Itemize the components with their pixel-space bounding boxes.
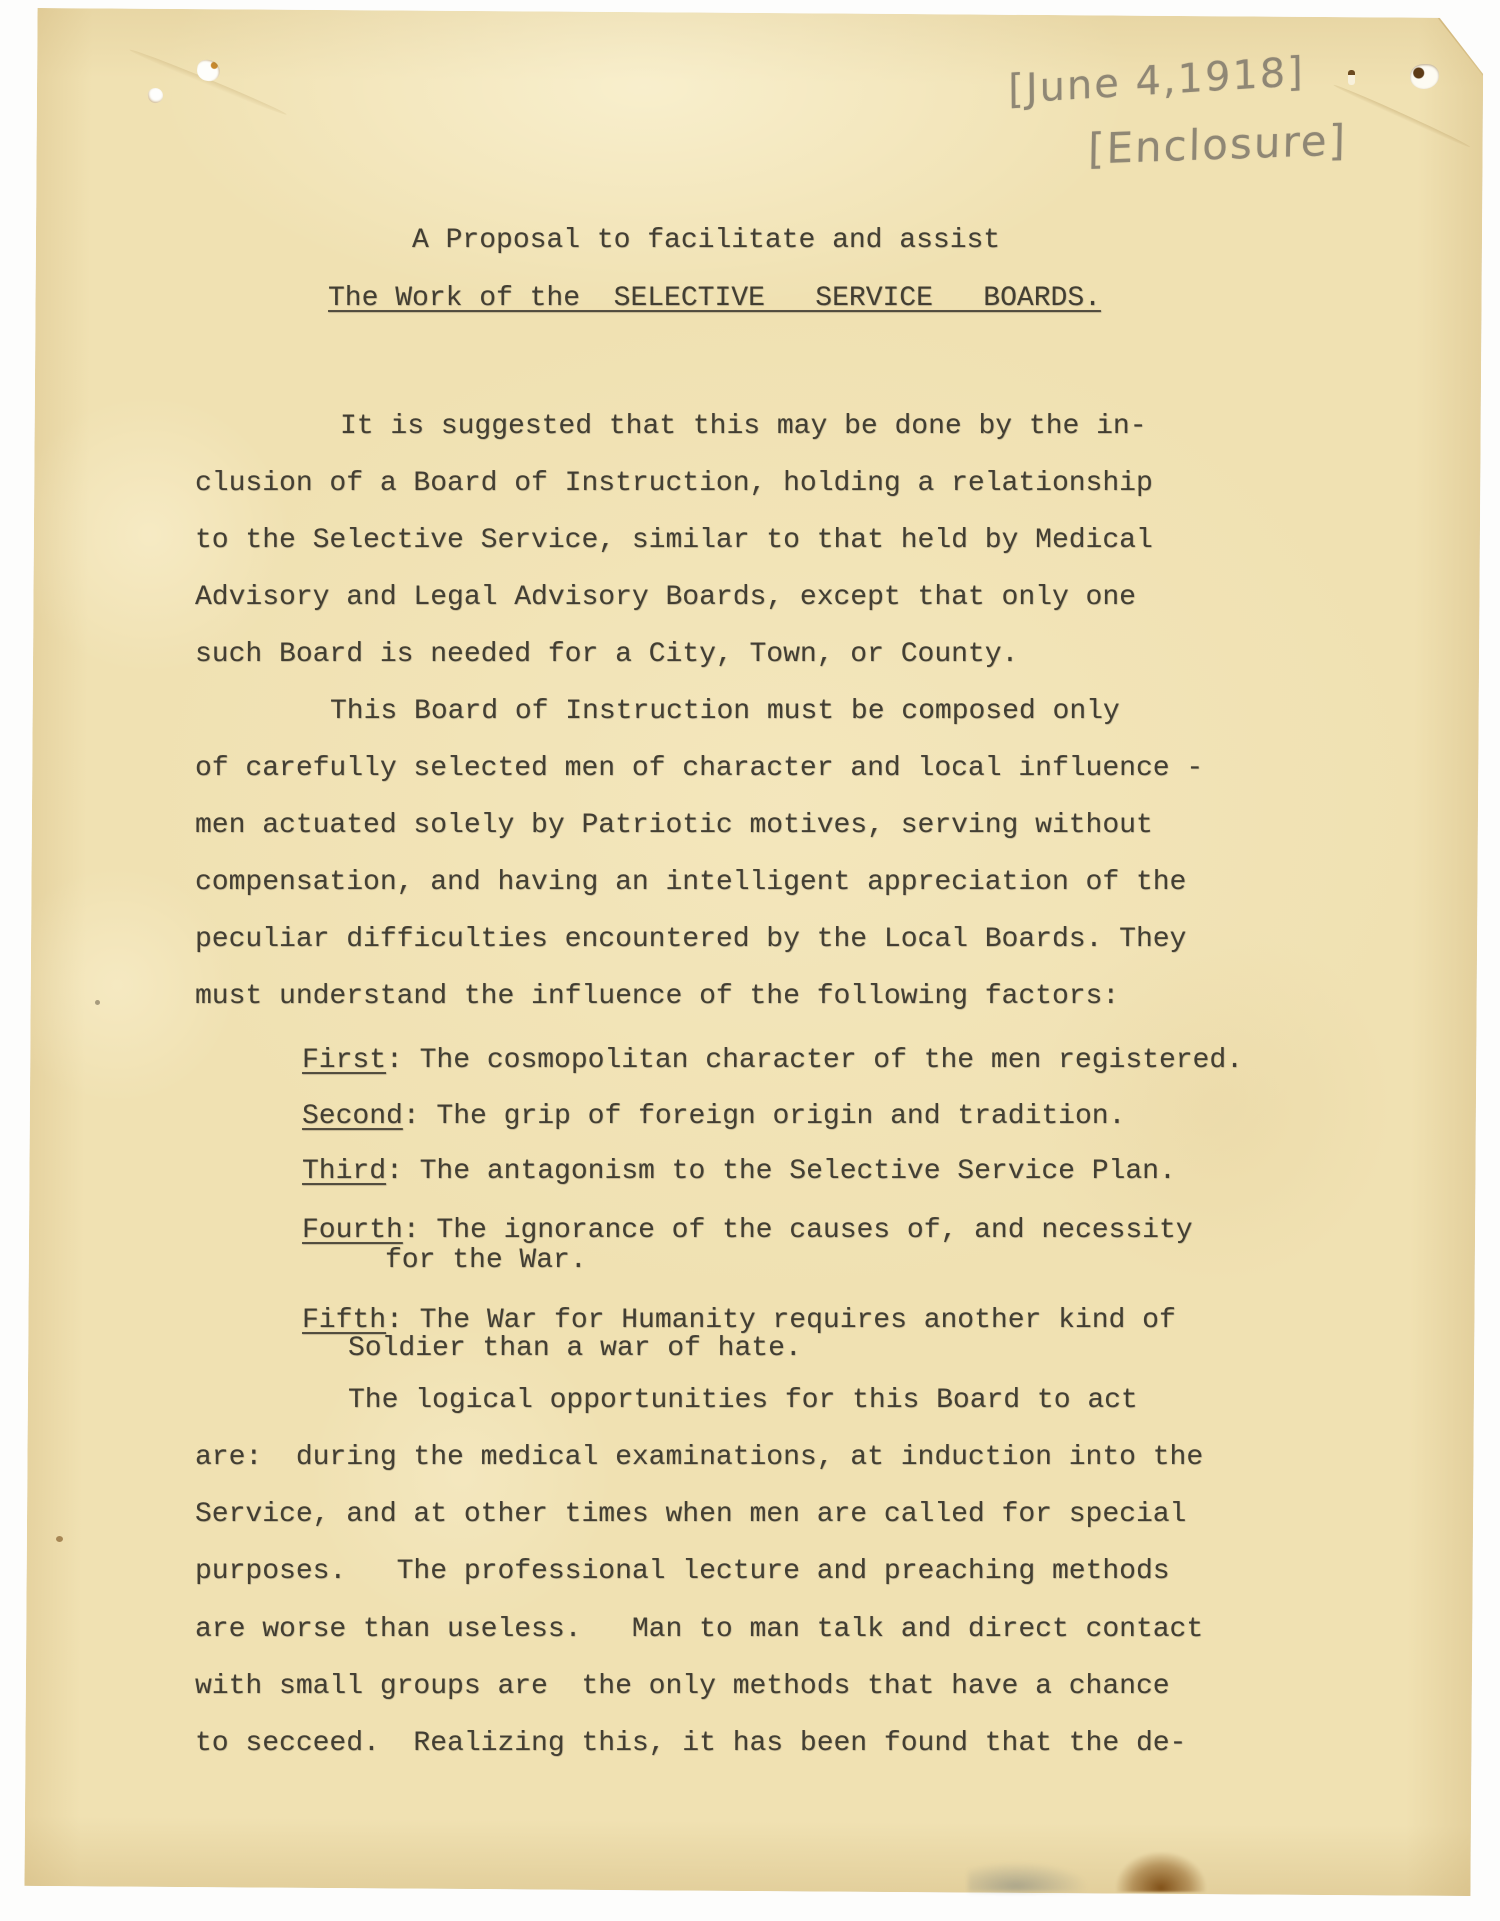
list-item-label: Second — [302, 1101, 403, 1132]
smudge-stain — [968, 1862, 1088, 1892]
list-item-label: Third — [302, 1156, 386, 1187]
folded-corner — [1437, 18, 1483, 76]
paper-crease — [128, 47, 287, 117]
text-line: This Board of Instruction must be compos… — [330, 697, 1120, 728]
paper-speck — [95, 1000, 100, 1005]
paper-crease — [1333, 83, 1472, 150]
list-item-fifth-cont: Soldier than a war of hate. — [348, 1334, 802, 1365]
list-item-text: : The ignorance of the causes of, and ne… — [403, 1215, 1193, 1246]
text-line: men actuated solely by Patriotic motives… — [195, 811, 1153, 842]
ink-stain — [1116, 1852, 1206, 1892]
text-line: It is suggested that this may be done by… — [340, 412, 1147, 443]
paper-speck — [56, 1536, 63, 1542]
list-item-label: Fifth — [302, 1305, 386, 1336]
text-line: with small groups are the only methods t… — [195, 1672, 1170, 1703]
list-item-text: : The grip of foreign origin and traditi… — [403, 1101, 1126, 1132]
text-line: are: during the medical examinations, at… — [195, 1443, 1203, 1474]
document-title-line1: A Proposal to facilitate and assist — [412, 226, 1000, 257]
list-item-first: First: The cosmopolitan character of the… — [302, 1046, 1243, 1077]
text-line: to secceed. Realizing this, it has been … — [195, 1729, 1186, 1760]
text-line: The logical opportunities for this Board… — [348, 1386, 1138, 1417]
scan-background: { "document": { "annotations": { "date":… — [0, 0, 1500, 1921]
text-line: clusion of a Board of Instruction, holdi… — [195, 469, 1153, 500]
pencil-annotation-enclosure: [Enclosure] — [1088, 115, 1348, 173]
list-item-text: : The War for Humanity requires another … — [386, 1305, 1176, 1336]
text-line: purposes. The professional lecture and p… — [195, 1557, 1170, 1588]
list-item-text: : The cosmopolitan character of the men … — [386, 1045, 1243, 1076]
document-title-line2: The Work of the SELECTIVE SERVICE BOARDS… — [328, 284, 1101, 315]
text-line: such Board is needed for a City, Town, o… — [195, 640, 1018, 671]
list-item-label: Fourth — [302, 1215, 403, 1246]
text-line: to the Selective Service, similar to tha… — [195, 526, 1153, 557]
text-line: must understand the influence of the fol… — [195, 982, 1119, 1013]
text-line: peculiar difficulties encountered by the… — [195, 925, 1186, 956]
text-line: are worse than useless. Man to man talk … — [195, 1615, 1203, 1646]
text-line: Advisory and Legal Advisory Boards, exce… — [195, 583, 1136, 614]
text-line: compensation, and having an intelligent … — [195, 868, 1186, 899]
text-line: Service, and at other times when men are… — [195, 1500, 1186, 1531]
list-item-label: First — [302, 1045, 386, 1076]
text-line: of carefully selected men of character a… — [195, 754, 1203, 785]
list-item-text: : The antagonism to the Selective Servic… — [386, 1156, 1176, 1187]
list-item-second: Second: The grip of foreign origin and t… — [302, 1102, 1125, 1133]
scanned-document: [June 4,1918] [Enclosure] A Proposal to … — [0, 0, 1500, 1921]
list-item-third: Third: The antagonism to the Selective S… — [302, 1157, 1176, 1188]
list-item-fourth: Fourth: The ignorance of the causes of, … — [302, 1216, 1193, 1247]
staple-hole — [1348, 70, 1355, 85]
list-item-fourth-cont: for the War. — [385, 1246, 587, 1277]
